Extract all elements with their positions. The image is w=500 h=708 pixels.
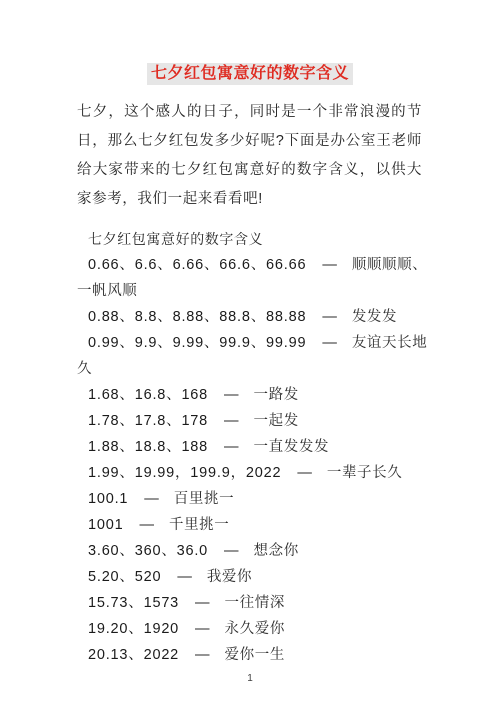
number-combos: 1.78、17.8、178 <box>88 413 208 429</box>
em-dash-separator: — <box>195 621 210 637</box>
em-dash-separator: — <box>224 413 239 429</box>
document-title: 七夕红包寓意好的数字含义 <box>147 63 353 85</box>
meaning-text: 爱你一生 <box>225 647 285 663</box>
em-dash-separator: — <box>322 309 337 325</box>
section-heading: 七夕红包寓意好的数字含义 <box>77 226 422 252</box>
meaning-text: 我爱你 <box>207 569 252 585</box>
number-combos: 1.88、18.8、188 <box>88 439 208 455</box>
number-combos: 5.20、520 <box>88 569 161 585</box>
number-combos: 15.73、1573 <box>88 595 179 611</box>
number-combos: 1001 <box>88 517 123 533</box>
list-item: 20.13、2022—爱你一生 <box>77 642 440 668</box>
meaning-text: 发发发 <box>352 309 397 325</box>
em-dash-separator: — <box>144 491 159 507</box>
list-item: 1001—千里挑一 <box>77 512 440 538</box>
list-item: 1.68、16.8、168—一路发 <box>77 382 440 408</box>
number-combos: 0.66、6.6、6.66、66.6、66.66 <box>88 257 306 273</box>
meaning-text: 一往情深 <box>225 595 285 611</box>
title-row: 七夕红包寓意好的数字含义 <box>0 0 500 85</box>
meaning-text: 一起发 <box>254 413 299 429</box>
list-item: 0.66、6.6、6.66、66.6、66.66—顺顺顺顺、一帆风顺 <box>77 252 440 304</box>
number-combos: 19.20、1920 <box>88 621 179 637</box>
meaning-text: 千里挑一 <box>169 517 229 533</box>
number-meanings-list: 0.66、6.6、6.66、66.6、66.66—顺顺顺顺、一帆风顺 0.88、… <box>77 252 440 668</box>
em-dash-separator: — <box>224 439 239 455</box>
number-combos: 1.68、16.8、168 <box>88 387 208 403</box>
document-page: 七夕红包寓意好的数字含义 七夕，这个感人的日子，同时是一个非常浪漫的节日，那么七… <box>0 0 500 708</box>
meaning-text: 想念你 <box>254 543 299 559</box>
number-combos: 1.99、19.99，199.9，2022 <box>88 465 281 481</box>
number-combos: 20.13、2022 <box>88 647 179 663</box>
page-number: 1 <box>0 673 500 684</box>
list-item: 15.73、1573—一往情深 <box>77 590 440 616</box>
em-dash-separator: — <box>177 569 192 585</box>
em-dash-separator: — <box>195 647 210 663</box>
list-item: 1.78、17.8、178—一起发 <box>77 408 440 434</box>
em-dash-separator: — <box>195 595 210 611</box>
list-item: 5.20、520—我爱你 <box>77 564 440 590</box>
number-combos: 0.88、8.8、8.88、88.8、88.88 <box>88 309 306 325</box>
intro-paragraph: 七夕，这个感人的日子，同时是一个非常浪漫的节日，那么七夕红包发多少好呢?下面是办… <box>77 98 422 214</box>
meaning-text: 永久爱你 <box>225 621 285 637</box>
list-item: 0.99、9.9、9.99、99.9、99.99—友谊天长地久 <box>77 330 440 382</box>
list-item: 1.99、19.99，199.9，2022—一辈子长久 <box>77 460 440 486</box>
number-combos: 100.1 <box>88 491 128 507</box>
meaning-text: 一辈子长久 <box>327 465 403 481</box>
em-dash-separator: — <box>224 387 239 403</box>
list-item: 0.88、8.8、8.88、88.8、88.88—发发发 <box>77 304 440 330</box>
list-item: 1.88、18.8、188—一直发发发 <box>77 434 440 460</box>
list-item: 3.60、360、36.0—想念你 <box>77 538 440 564</box>
em-dash-separator: — <box>224 543 239 559</box>
list-item: 19.20、1920—永久爱你 <box>77 616 440 642</box>
em-dash-separator: — <box>139 517 154 533</box>
meaning-text: 一路发 <box>254 387 299 403</box>
em-dash-separator: — <box>297 465 312 481</box>
em-dash-separator: — <box>322 335 337 351</box>
meaning-text: 一直发发发 <box>254 439 330 455</box>
meaning-text: 百里挑一 <box>174 491 234 507</box>
number-combos: 0.99、9.9、9.99、99.9、99.99 <box>88 335 306 351</box>
number-combos: 3.60、360、36.0 <box>88 543 208 559</box>
list-item: 100.1—百里挑一 <box>77 486 440 512</box>
em-dash-separator: — <box>322 257 337 273</box>
